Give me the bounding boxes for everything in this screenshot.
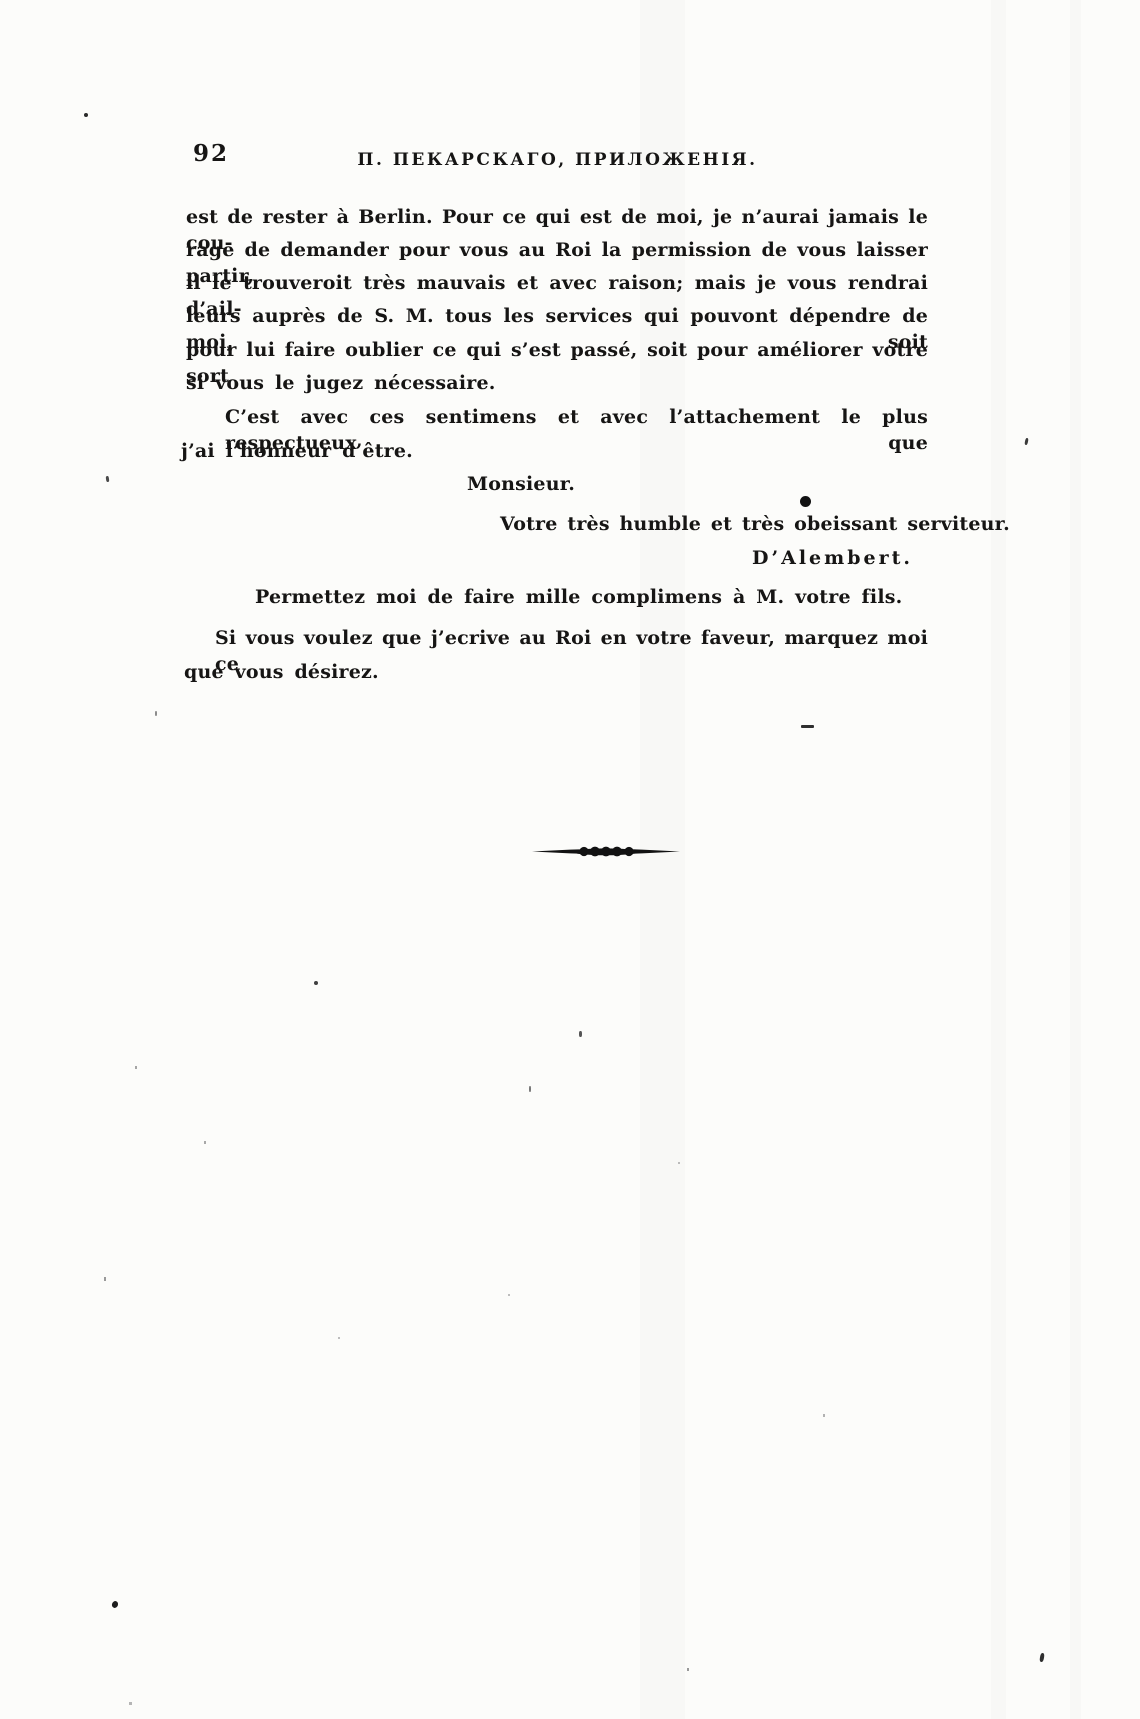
ink-speck bbox=[84, 113, 88, 117]
ink-speck bbox=[135, 1066, 137, 1069]
section-divider-ornament bbox=[532, 845, 680, 858]
ink-speck bbox=[801, 725, 814, 728]
ink-speck bbox=[104, 1277, 106, 1281]
ink-speck bbox=[338, 1337, 340, 1339]
postscript-line: Permettez moi de faire mille complimens … bbox=[255, 584, 902, 610]
ink-speck bbox=[579, 1031, 582, 1037]
scan-artifact-band bbox=[991, 0, 1006, 1719]
ink-speck bbox=[687, 1668, 689, 1671]
ink-speck bbox=[204, 1141, 206, 1144]
ink-speck bbox=[508, 1294, 510, 1296]
valediction-line: Votre très humble et très obeissant serv… bbox=[500, 511, 1010, 537]
ink-speck bbox=[823, 1414, 825, 1417]
postscript-line: que vous désirez. bbox=[184, 659, 379, 685]
letter-body-line: j’ai l’honneur d’être. bbox=[181, 438, 413, 464]
ink-speck bbox=[314, 981, 318, 985]
ink-speck bbox=[155, 711, 157, 716]
salutation-line: Monsieur. bbox=[467, 471, 575, 497]
ink-dot-blemish bbox=[800, 496, 811, 507]
running-header: П. ПЕКАРСКАГО, ПРИЛОЖЕНІЯ. bbox=[295, 147, 820, 173]
ink-speck bbox=[106, 476, 110, 482]
page-number: 92 bbox=[193, 141, 229, 167]
ink-speck bbox=[529, 1086, 531, 1092]
scan-artifact-band bbox=[1070, 0, 1081, 1719]
ink-speck bbox=[111, 1600, 119, 1609]
signature-line: D’Alembert. bbox=[752, 545, 913, 571]
letter-body-line: si vous le jugez nécessaire. bbox=[186, 370, 496, 396]
ink-speck bbox=[1024, 438, 1028, 445]
ink-speck bbox=[1039, 1653, 1045, 1663]
scanned-book-page: 92 П. ПЕКАРСКАГО, ПРИЛОЖЕНІЯ. est de res… bbox=[0, 0, 1140, 1719]
ink-speck bbox=[678, 1162, 680, 1164]
ink-speck bbox=[129, 1702, 132, 1705]
